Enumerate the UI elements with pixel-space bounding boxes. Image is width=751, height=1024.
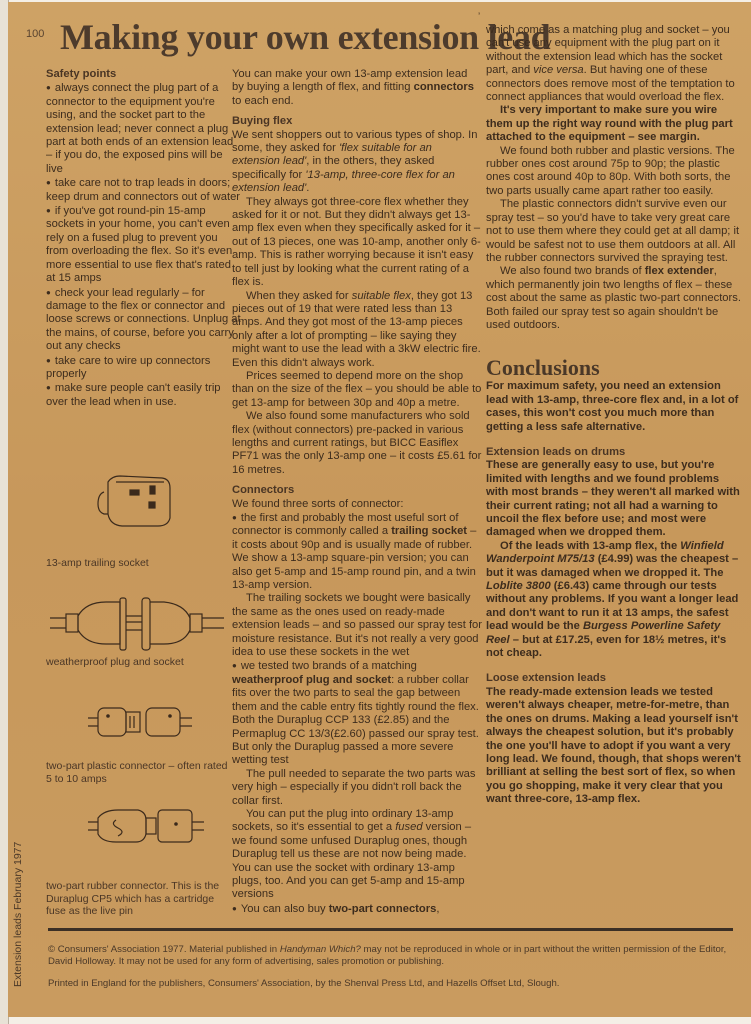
side-label: Extension leads February 1977: [12, 842, 24, 987]
rubber-connector-illustration-icon: [46, 802, 236, 852]
figure-plastic-connector: two-part plastic connector – often rated…: [46, 702, 236, 785]
plastic-connector-illustration-icon: [46, 702, 236, 742]
figure-rubber-connector: two-part rubber connector. This is the D…: [46, 802, 236, 918]
drums-heading: Extension leads on drums: [486, 446, 741, 459]
safety-point: take care not to trap leads in doors; ke…: [46, 176, 241, 204]
printer-notice: Printed in England for the publishers, C…: [48, 978, 738, 990]
conclusions-paragraph: The ready-made extension leads we tested…: [486, 686, 741, 807]
connectors-heading: Connectors: [232, 484, 482, 497]
trailing-socket-illustration-icon: [46, 470, 236, 540]
safety-point: take care to wire up connectors properly: [46, 354, 241, 382]
loose-leads-heading: Loose extension leads: [486, 672, 741, 685]
article-bullet: we tested two brands of a matching weath…: [232, 659, 482, 767]
conclusions-heading: Conclusions: [486, 356, 741, 380]
article-paragraph: Prices seemed to depend more on the shop…: [232, 370, 482, 410]
safety-points-column: Safety points always connect the plug pa…: [46, 68, 241, 409]
article-bullet: You can also buy two-part connectors,: [232, 902, 482, 916]
continued-article-column: which come as a matching plug and socket…: [486, 24, 741, 807]
footer-divider: [48, 928, 733, 931]
buying-flex-heading: Buying flex: [232, 115, 482, 128]
conclusions-summary: For maximum safety, you need an extensio…: [486, 380, 741, 434]
article-paragraph: You can put the plug into ordinary 13-am…: [232, 808, 482, 902]
main-article-column: You can make your own 13-amp extension l…: [232, 68, 482, 916]
safety-point: always connect the plug part of a connec…: [46, 81, 241, 176]
magazine-page: 100 Making your own extension lead ʼ Saf…: [8, 2, 751, 1017]
copyright-notice: © Consumers' Association 1977. Material …: [48, 944, 738, 968]
figure-weatherproof-plug-socket: weatherproof plug and socket: [46, 594, 236, 669]
conclusions-paragraph: Of the leads with 13-amp flex, the Winfi…: [486, 540, 741, 661]
article-paragraph: We also found some manufacturers who sol…: [232, 410, 482, 477]
article-paragraph: The pull needed to separate the two part…: [232, 768, 482, 808]
figure-caption: two-part plastic connector – often rated…: [46, 760, 236, 785]
page-title: Making your own extension lead: [60, 16, 550, 58]
conclusions-paragraph: These are generally easy to use, but you…: [486, 459, 741, 539]
article-bullet: the first and probably the most useful s…: [232, 511, 482, 592]
figure-caption: two-part rubber connector. This is the D…: [46, 880, 236, 918]
article-paragraph: We found both rubber and plastic version…: [486, 145, 741, 199]
article-paragraph: The trailing sockets we bought were basi…: [232, 592, 482, 659]
article-paragraph: The plastic connectors didn't survive ev…: [486, 198, 741, 265]
article-paragraph: We also found two brands of flex extende…: [486, 265, 741, 332]
weatherproof-plug-socket-illustration-icon: [46, 594, 236, 654]
intro-paragraph: You can make your own 13-amp extension l…: [232, 68, 482, 108]
safety-points-heading: Safety points: [46, 68, 241, 81]
figure-caption: weatherproof plug and socket: [46, 656, 236, 669]
scan-mark: ʼ: [478, 12, 480, 23]
page-number: 100: [26, 28, 44, 40]
article-paragraph: We sent shoppers out to various types of…: [232, 129, 482, 196]
figure-caption: 13-amp trailing socket: [46, 557, 236, 570]
safety-point: if you've got round-pin 15-amp sockets i…: [46, 204, 241, 285]
important-note: It's very important to make sure you wir…: [486, 104, 741, 144]
article-paragraph: We found three sorts of connector:: [232, 498, 482, 511]
article-paragraph: which come as a matching plug and socket…: [486, 24, 741, 104]
article-paragraph: When they asked for suitable flex, they …: [232, 290, 482, 370]
figure-trailing-socket: 13-amp trailing socket: [46, 470, 236, 570]
safety-point: make sure people can't easily trip over …: [46, 381, 241, 409]
article-paragraph: They always got three-core flex whether …: [232, 196, 482, 290]
safety-point: check your lead regularly – for damage t…: [46, 286, 241, 354]
